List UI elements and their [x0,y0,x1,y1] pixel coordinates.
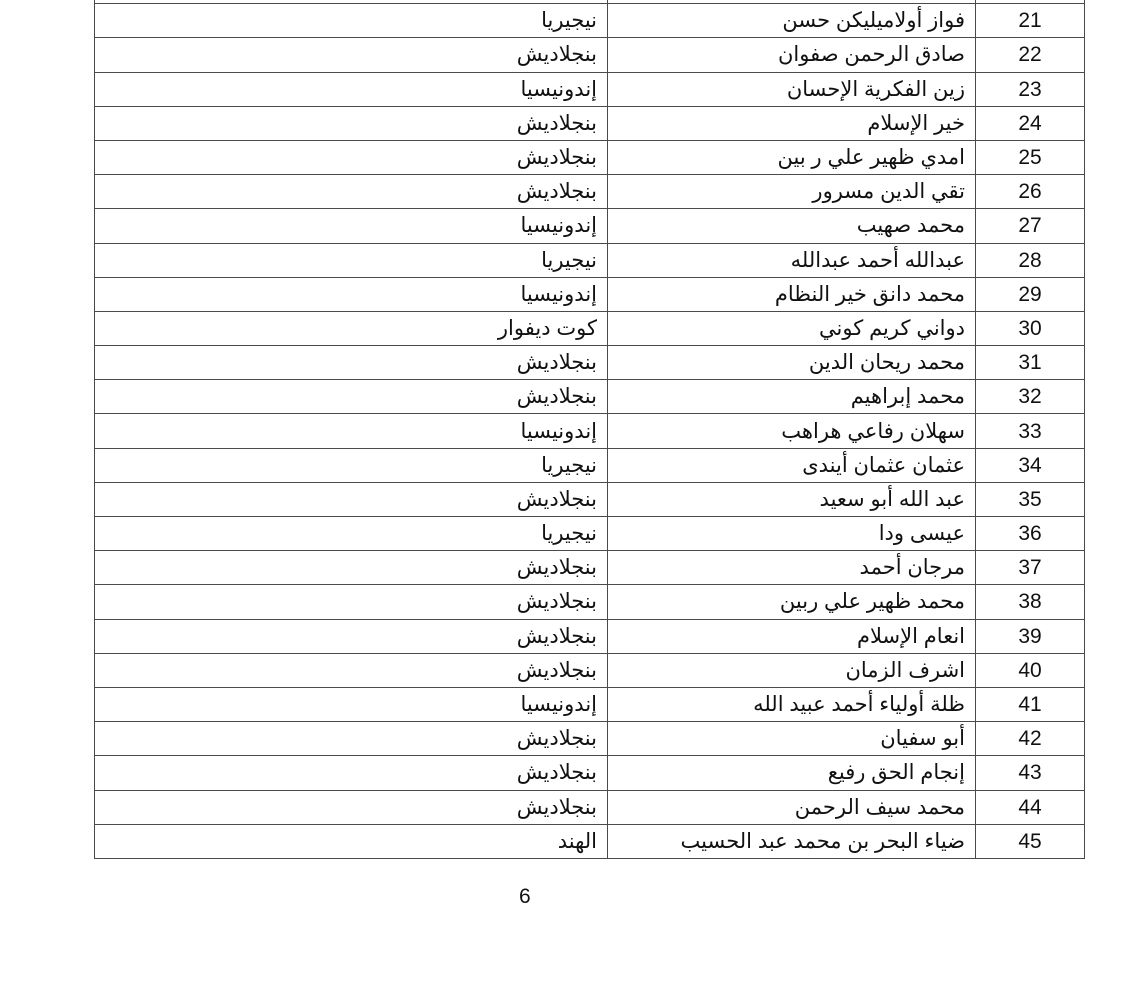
country-cell: بنجلاديش [95,790,608,824]
students-table: 20نيجيريافواز أولاميليكن حسن21بنجلاديشصا… [94,0,1085,859]
name-cell: عبد الله أبو سعيد [608,482,976,516]
name-cell: دواني كريم كوني [608,311,976,345]
number-cell: 37 [976,551,1085,585]
country-cell: إندونيسيا [95,277,608,311]
country-cell: بنجلاديش [95,585,608,619]
table-row: بنجلاديشمحمد ريحان الدين31 [95,346,1085,380]
name-cell: عبدالله أحمد عبدالله [608,243,976,277]
name-cell: عثمان عثمان أيندى [608,448,976,482]
country-cell: نيجيريا [95,4,608,38]
number-cell: 44 [976,790,1085,824]
country-cell: بنجلاديش [95,380,608,414]
table-row: الهندضياء البحر بن محمد عبد الحسيب45 [95,824,1085,858]
table-row: نيجيرياعثمان عثمان أيندى34 [95,448,1085,482]
table-row: بنجلاديشامدي ظهير علي ر بين25 [95,140,1085,174]
number-cell: 36 [976,517,1085,551]
name-cell: محمد إبراهيم [608,380,976,414]
country-cell: نيجيريا [95,448,608,482]
number-cell: 31 [976,346,1085,380]
table-row: بنجلاديشتقي الدين مسرور26 [95,175,1085,209]
table-row: بنجلاديشمرجان أحمد37 [95,551,1085,585]
table-row: إندونيسيامحمد صهيب27 [95,209,1085,243]
number-cell: 35 [976,482,1085,516]
number-cell: 23 [976,72,1085,106]
page-number: 6 [519,885,531,909]
table-row: بنجلاديشعبد الله أبو سعيد35 [95,482,1085,516]
number-cell: 38 [976,585,1085,619]
number-cell: 39 [976,619,1085,653]
table-row: بنجلاديشاشرف الزمان40 [95,653,1085,687]
number-cell: 30 [976,311,1085,345]
name-cell: محمد سيف الرحمن [608,790,976,824]
name-cell: أبو سفيان [608,722,976,756]
name-cell: إنجام الحق رفيع [608,756,976,790]
name-cell: صادق الرحمن صفوان [608,38,976,72]
country-cell: الهند [95,824,608,858]
table-row: بنجلاديشمحمد ظهير علي ربين38 [95,585,1085,619]
name-cell: ضياء البحر بن محمد عبد الحسيب [608,824,976,858]
name-cell: ظلة أولياء أحمد عبيد الله [608,687,976,721]
table-row: إندونيسياسهلان رفاعي هراهب33 [95,414,1085,448]
country-cell: إندونيسيا [95,209,608,243]
table-row: بنجلاديشخير الإسلام24 [95,106,1085,140]
table-row: بنجلاديشإنجام الحق رفيع43 [95,756,1085,790]
table-row: نيجيرياعبدالله أحمد عبدالله28 [95,243,1085,277]
country-cell: إندونيسيا [95,414,608,448]
country-cell: بنجلاديش [95,551,608,585]
number-cell: 33 [976,414,1085,448]
table-row: بنجلاديشمحمد سيف الرحمن44 [95,790,1085,824]
number-cell: 42 [976,722,1085,756]
country-cell: بنجلاديش [95,482,608,516]
country-cell: بنجلاديش [95,175,608,209]
country-cell: نيجيريا [95,243,608,277]
table-row: إندونيسيامحمد دانق خير النظام29 [95,277,1085,311]
name-cell: محمد دانق خير النظام [608,277,976,311]
number-cell: 43 [976,756,1085,790]
country-cell: بنجلاديش [95,722,608,756]
country-cell: بنجلاديش [95,756,608,790]
number-cell: 24 [976,106,1085,140]
name-cell: فواز أولاميليكن حسن [608,4,976,38]
name-cell: عيسى ودا [608,517,976,551]
number-cell: 22 [976,38,1085,72]
number-cell: 28 [976,243,1085,277]
number-cell: 27 [976,209,1085,243]
name-cell: محمد صهيب [608,209,976,243]
name-cell: اشرف الزمان [608,653,976,687]
name-cell: محمد ريحان الدين [608,346,976,380]
country-cell: إندونيسيا [95,72,608,106]
table-row: بنجلاديشانعام الإسلام39 [95,619,1085,653]
table-row: نيجيريافواز أولاميليكن حسن21 [95,4,1085,38]
number-cell: 40 [976,653,1085,687]
number-cell: 26 [976,175,1085,209]
table-row: كوت ديفواردواني كريم كوني30 [95,311,1085,345]
country-cell: إندونيسيا [95,687,608,721]
country-cell: كوت ديفوار [95,311,608,345]
students-table-body: 20نيجيريافواز أولاميليكن حسن21بنجلاديشصا… [95,0,1085,858]
country-cell: نيجيريا [95,517,608,551]
country-cell: بنجلاديش [95,140,608,174]
table-row: بنجلاديشصادق الرحمن صفوان22 [95,38,1085,72]
table-row: بنجلاديشأبو سفيان42 [95,722,1085,756]
table-row: إندونيسيازين الفكرية الإحسان23 [95,72,1085,106]
name-cell: زين الفكرية الإحسان [608,72,976,106]
number-cell: 25 [976,140,1085,174]
name-cell: محمد ظهير علي ربين [608,585,976,619]
name-cell: انعام الإسلام [608,619,976,653]
table-row: بنجلاديشمحمد إبراهيم32 [95,380,1085,414]
number-cell: 34 [976,448,1085,482]
name-cell: تقي الدين مسرور [608,175,976,209]
number-cell: 45 [976,824,1085,858]
name-cell: مرجان أحمد [608,551,976,585]
country-cell: بنجلاديش [95,38,608,72]
country-cell: بنجلاديش [95,653,608,687]
number-cell: 41 [976,687,1085,721]
country-cell: بنجلاديش [95,619,608,653]
name-cell: سهلان رفاعي هراهب [608,414,976,448]
number-cell: 21 [976,4,1085,38]
country-cell: بنجلاديش [95,106,608,140]
number-cell: 32 [976,380,1085,414]
country-cell: بنجلاديش [95,346,608,380]
number-cell: 29 [976,277,1085,311]
name-cell: امدي ظهير علي ر بين [608,140,976,174]
table-row: إندونيسياظلة أولياء أحمد عبيد الله41 [95,687,1085,721]
name-cell: خير الإسلام [608,106,976,140]
table-row: نيجيرياعيسى ودا36 [95,517,1085,551]
document-page: 20نيجيريافواز أولاميليكن حسن21بنجلاديشصا… [0,0,1125,1001]
